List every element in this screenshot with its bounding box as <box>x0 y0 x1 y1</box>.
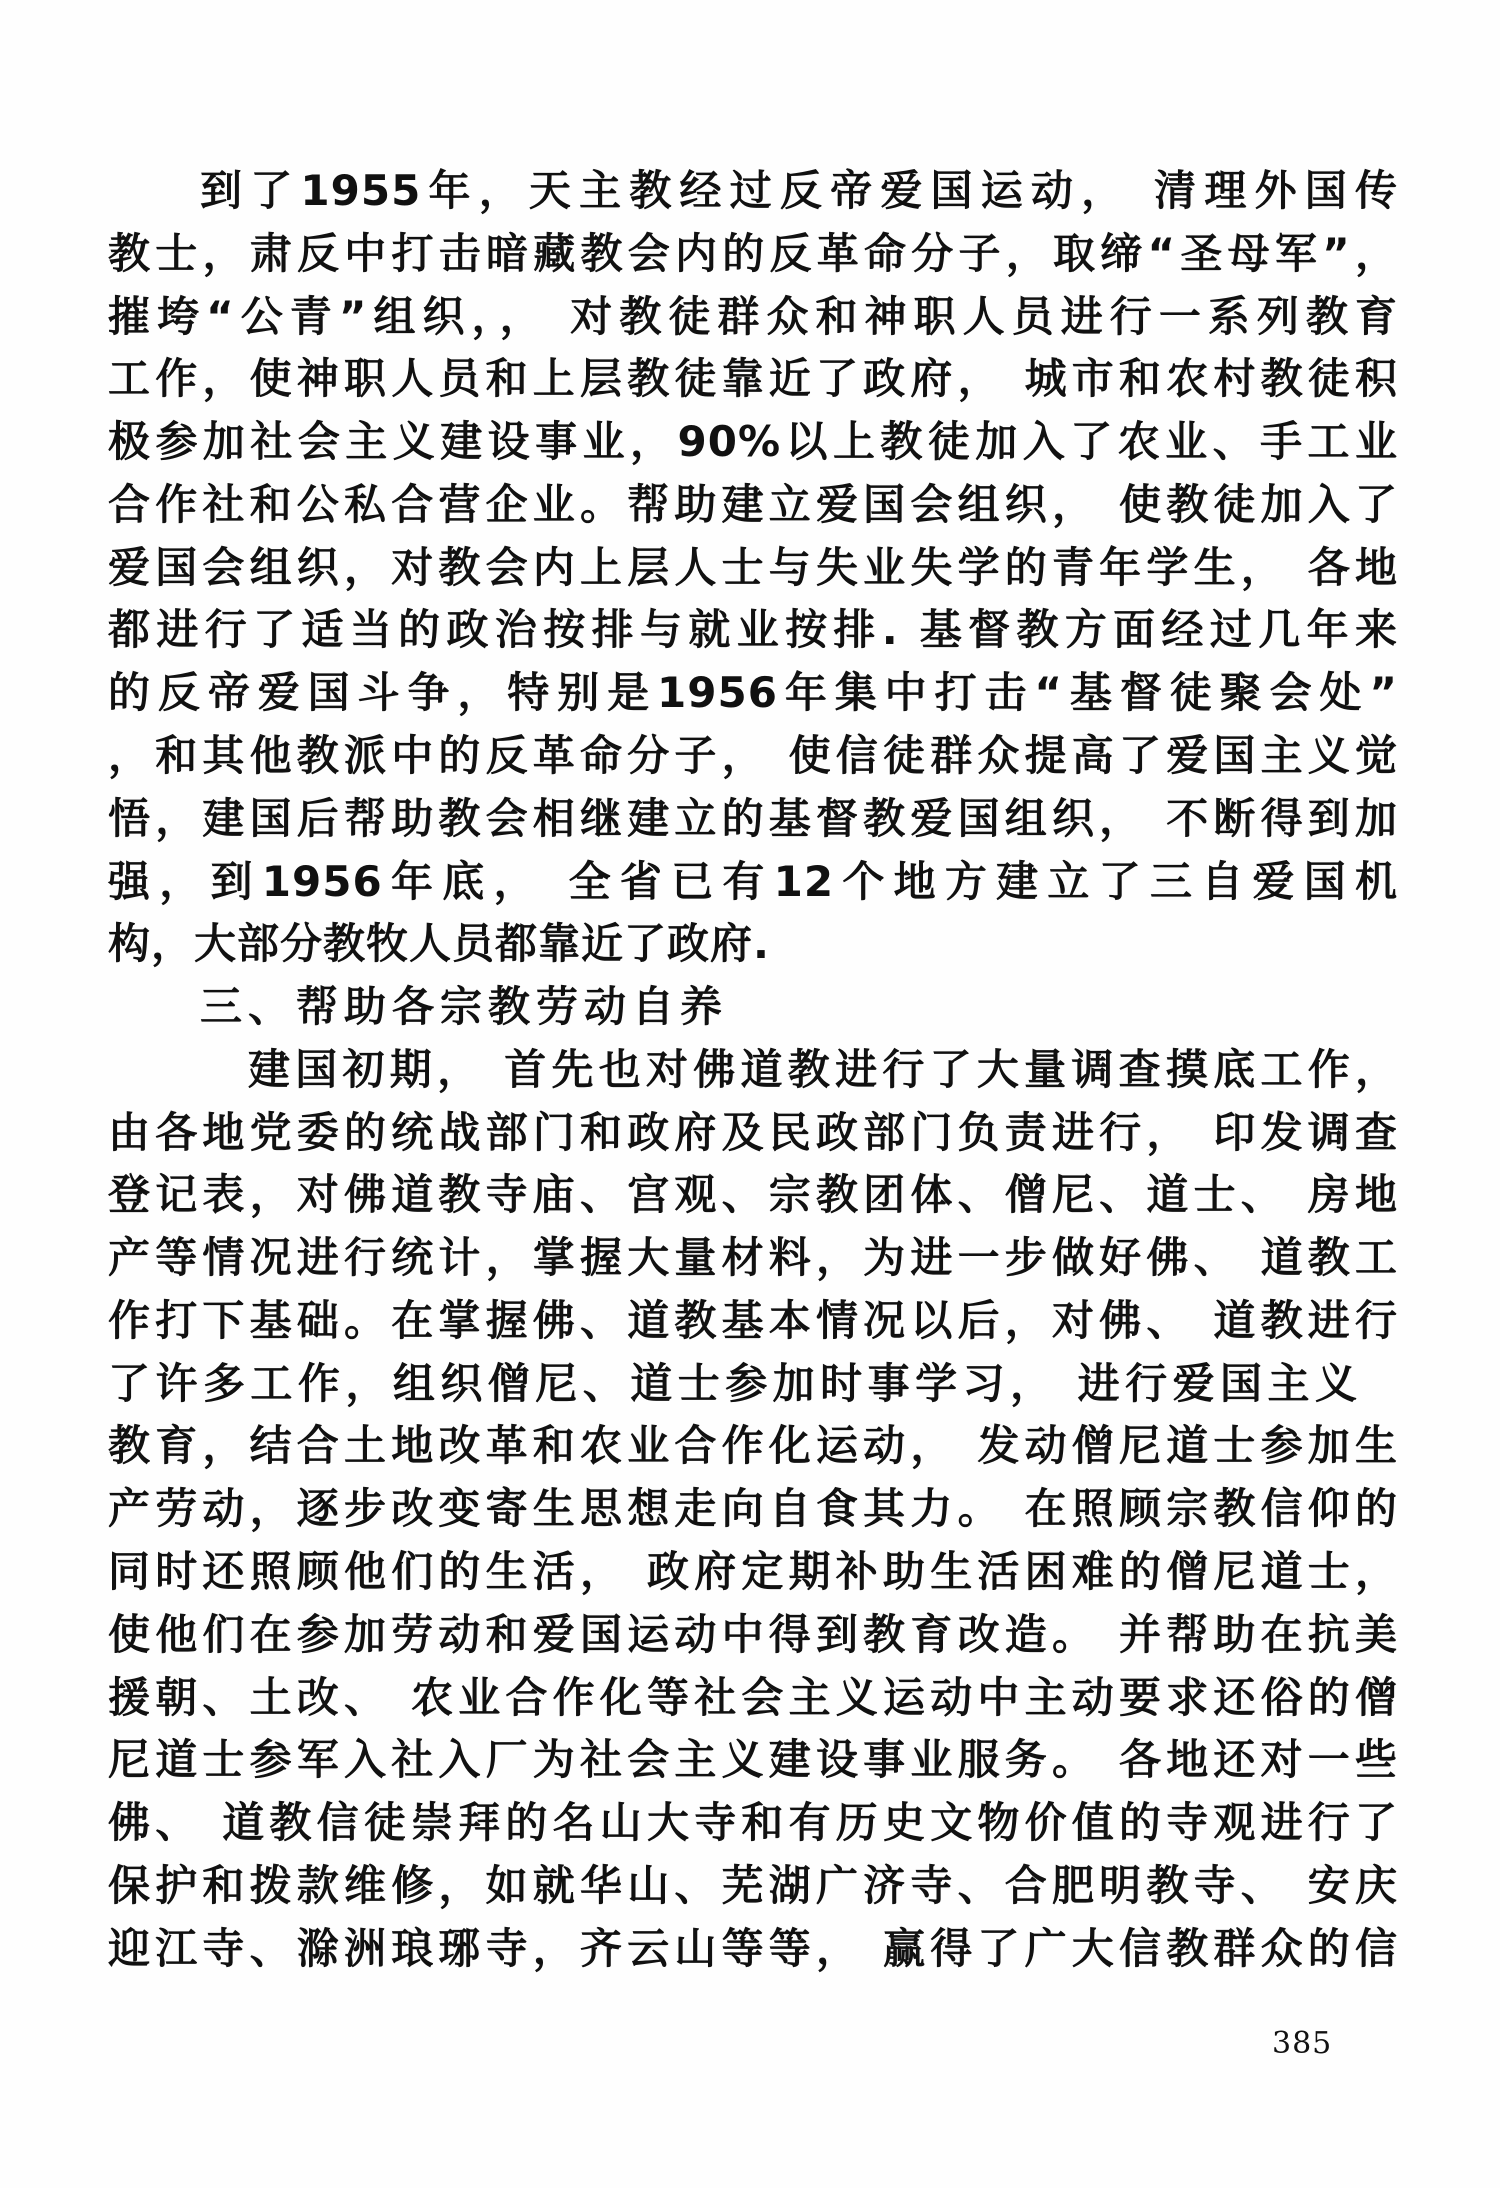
text-line: 教士，肃反中打击暗藏教会内的反革命分子，取缔“圣母军”， <box>108 229 1398 279</box>
text-line: 了许多工作，组织僧尼、道士参加时事学习， 进行爱国主义 <box>108 1359 1358 1409</box>
text-line: 登记表，对佛道教寺庙、宫观、宗教团体、僧尼、道士、 房地 <box>108 1170 1398 1220</box>
text-line: 同时还照顾他们的生活， 政府定期补助生活困难的僧尼道士， <box>108 1547 1398 1597</box>
text-line: 佛、 道教信徒崇拜的名山大寺和有历史文物价值的寺观进行了 <box>108 1798 1398 1848</box>
text-line: 构，大部分教牧人员都靠近了政府. <box>108 919 1398 969</box>
text-line: 都进行了适当的政治按排与就业按排. 基督教方面经过几年来 <box>108 605 1398 655</box>
text-line: 迎江寺、滁洲琅琊寺，齐云山等等， 赢得了广大信教群众的信 <box>108 1924 1398 1974</box>
text-line: 摧垮“公青”组织，， 对教徒群众和神职人员进行一系列教育 <box>108 292 1398 342</box>
text-line: 由各地党委的统战部门和政府及民政部门负责进行， 印发调查 <box>108 1108 1398 1158</box>
text-line: 爱国会组织，对教会内上层人士与失业失学的青年学生， 各地 <box>108 543 1398 593</box>
section-heading: 三、帮助各宗教劳动自养 <box>200 982 728 1032</box>
text-line: 使他们在参加劳动和爱国运动中得到教育改造。 并帮助在抗美 <box>108 1610 1398 1660</box>
text-line: 极参加社会主义建设事业，90%以上教徒加入了农业、手工业 <box>108 417 1398 467</box>
text-line: ，和其他教派中的反革命分子， 使信徒群众提高了爱国主义觉 <box>108 731 1398 781</box>
text-line: 产劳动，逐步改变寄生思想走向自食其力。 在照顾宗教信仰的 <box>108 1484 1398 1534</box>
text-line: 作打下基础。在掌握佛、道教基本情况以后，对佛、 道教进行 <box>108 1296 1398 1346</box>
text-line: 援朝、土改、 农业合作化等社会主义运动中主动要求还俗的僧 <box>108 1673 1398 1723</box>
text-line: 建国初期， 首先也对佛道教进行了大量调查摸底工作， <box>248 1045 1398 1095</box>
text-line: 产等情况进行统计，掌握大量材料，为进一步做好佛、 道教工 <box>108 1233 1398 1283</box>
document-page: 到了1955年，天主教经过反帝爱国运动， 清理外国传 教士，肃反中打击暗藏教会内… <box>0 0 1500 2188</box>
page-number: 385 <box>1272 2026 1332 2061</box>
text-line: 强，到1956年底， 全省已有12个地方建立了三自爱国机 <box>108 857 1398 907</box>
text-line: 合作社和公私合营企业。帮助建立爱国会组织， 使教徒加入了 <box>108 480 1398 530</box>
text-line: 悟，建国后帮助教会相继建立的基督教爱国组织， 不断得到加 <box>108 794 1398 844</box>
text-line: 到了1955年，天主教经过反帝爱国运动， 清理外国传 <box>200 166 1398 216</box>
text-line: 的反帝爱国斗争，特别是1956年集中打击“基督徒聚会处” <box>108 668 1398 718</box>
text-line: 教育，结合土地改革和农业合作化运动， 发动僧尼道士参加生 <box>108 1421 1398 1471</box>
text-line: 尼道士参军入社入厂为社会主义建设事业服务。 各地还对一些 <box>108 1735 1398 1785</box>
text-line: 保护和拨款维修，如就华山、芜湖广济寺、合肥明教寺、 安庆 <box>108 1861 1398 1911</box>
text-line: 工作，使神职人员和上层教徒靠近了政府， 城市和农村教徒积 <box>108 354 1398 404</box>
